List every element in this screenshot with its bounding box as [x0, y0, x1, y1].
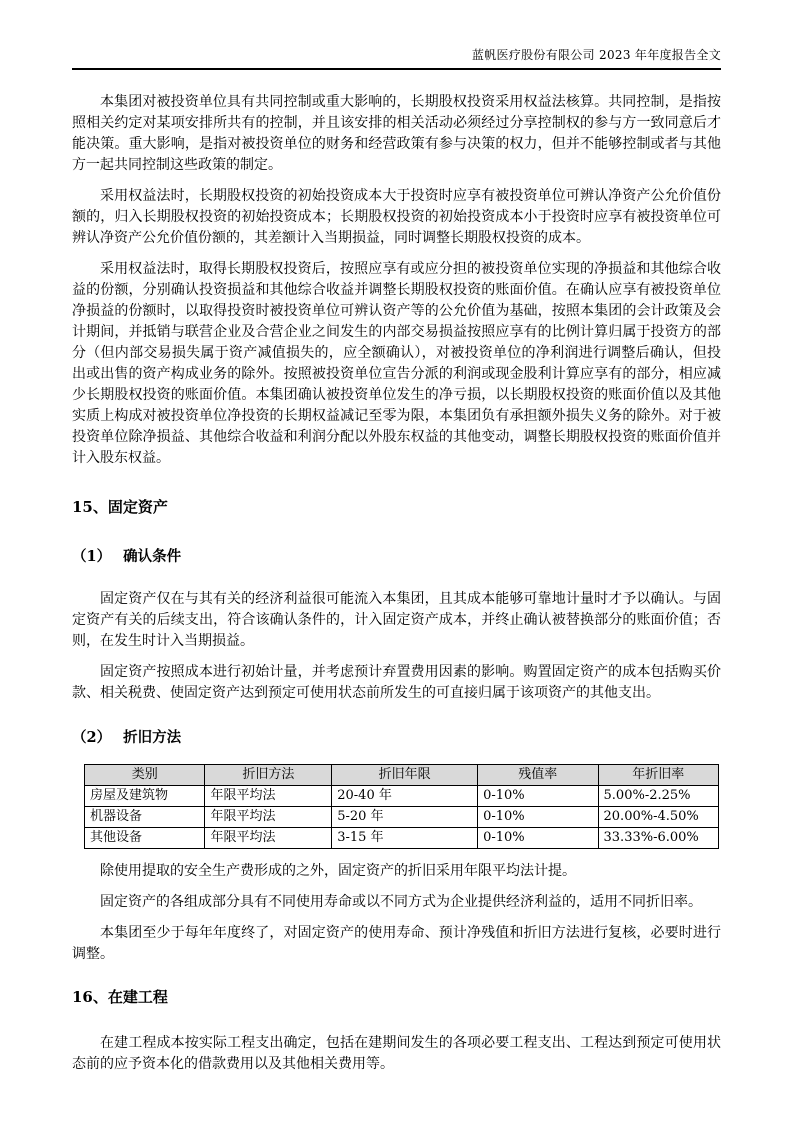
- table-cell: 0-10%: [478, 786, 598, 807]
- table-cell: 33.33%-6.00%: [598, 828, 718, 849]
- table-header-cell-life: 折旧年限: [332, 765, 478, 786]
- para-equity-initial-cost: 采用权益法时，长期股权投资的初始投资成本大于投资时应享有被投资单位可辨认净资产公…: [72, 186, 721, 249]
- table-cell: 3-15 年: [332, 828, 478, 849]
- depreciation-table-header-row: 类别 折旧方法 折旧年限 残值率 年折旧率: [85, 765, 719, 786]
- section-16-heading: 16、在建工程: [72, 987, 721, 1007]
- table-cell: 年限平均法: [205, 807, 332, 828]
- table-header-cell-annual-rate: 年折旧率: [598, 765, 718, 786]
- subsection-15-1-title: 确认条件: [123, 548, 181, 565]
- table-row: 机器设备 年限平均法 5-20 年 0-10% 20.00%-4.50%: [85, 807, 719, 828]
- para-component-depreciation: 固定资产的各组成部分具有不同使用寿命或以不同方式为企业提供经济利益的，适用不同折…: [72, 892, 721, 913]
- subsection-15-2-heading: （2）折旧方法: [72, 728, 721, 748]
- report-title: 蓝帆医疗股份有限公司 2023 年年度报告全文: [72, 46, 721, 68]
- table-cell: 20-40 年: [332, 786, 478, 807]
- subsection-15-2-number: （2）: [72, 729, 111, 746]
- subsection-15-1-heading: （1）确认条件: [72, 547, 721, 567]
- table-cell: 5.00%-2.25%: [598, 786, 718, 807]
- para-fixed-asset-initial-measurement: 固定资产按照成本进行初始计量，并考虑预计弃置费用因素的影响。购置固定资产的成本包…: [72, 662, 721, 704]
- document-page: 蓝帆医疗股份有限公司 2023 年年度报告全文 本集团对被投资单位具有共同控制或…: [0, 0, 793, 1122]
- para-safety-production-fee: 除使用提取的安全生产费形成的之外，固定资产的折旧采用年限平均法计提。: [72, 861, 721, 882]
- table-cell: 0-10%: [478, 828, 598, 849]
- table-row: 其他设备 年限平均法 3-15 年 0-10% 33.33%-6.00%: [85, 828, 719, 849]
- para-equity-method-scope: 本集团对被投资单位具有共同控制或重大影响的，长期股权投资采用权益法核算。共同控制…: [72, 92, 721, 176]
- depreciation-table: 类别 折旧方法 折旧年限 残值率 年折旧率 房屋及建筑物 年限平均法 20-40…: [84, 764, 719, 849]
- page-header: 蓝帆医疗股份有限公司 2023 年年度报告全文: [72, 46, 721, 70]
- table-cell: 20.00%-4.50%: [598, 807, 718, 828]
- document-body: 本集团对被投资单位具有共同控制或重大影响的，长期股权投资采用权益法核算。共同控制…: [72, 70, 721, 1075]
- subsection-15-1-number: （1）: [72, 548, 111, 565]
- para-fixed-asset-recognition: 固定资产仅在与其有关的经济利益很可能流入本集团，且其成本能够可靠地计量时才予以确…: [72, 589, 721, 652]
- table-cell: 年限平均法: [205, 828, 332, 849]
- para-annual-review: 本集团至少于每年年度终了，对固定资产的使用寿命、预计净残值和折旧方法进行复核，必…: [72, 923, 721, 965]
- table-cell: 5-20 年: [332, 807, 478, 828]
- subsection-15-2-title: 折旧方法: [123, 729, 181, 746]
- para-cip-cost: 在建工程成本按实际工程支出确定，包括在建期间发生的各项必要工程支出、工程达到预定…: [72, 1033, 721, 1075]
- section-15-heading: 15、固定资产: [72, 497, 721, 517]
- table-cell: 机器设备: [85, 807, 205, 828]
- table-cell: 房屋及建筑物: [85, 786, 205, 807]
- para-equity-subsequent-measurement: 采用权益法时，取得长期股权投资后，按照应享有或应分担的被投资单位实现的净损益和其…: [72, 259, 721, 469]
- table-header-cell-category: 类别: [85, 765, 205, 786]
- table-cell: 0-10%: [478, 807, 598, 828]
- table-row: 房屋及建筑物 年限平均法 20-40 年 0-10% 5.00%-2.25%: [85, 786, 719, 807]
- table-header-cell-method: 折旧方法: [205, 765, 332, 786]
- table-cell: 年限平均法: [205, 786, 332, 807]
- table-cell: 其他设备: [85, 828, 205, 849]
- table-header-cell-residual-rate: 残值率: [478, 765, 598, 786]
